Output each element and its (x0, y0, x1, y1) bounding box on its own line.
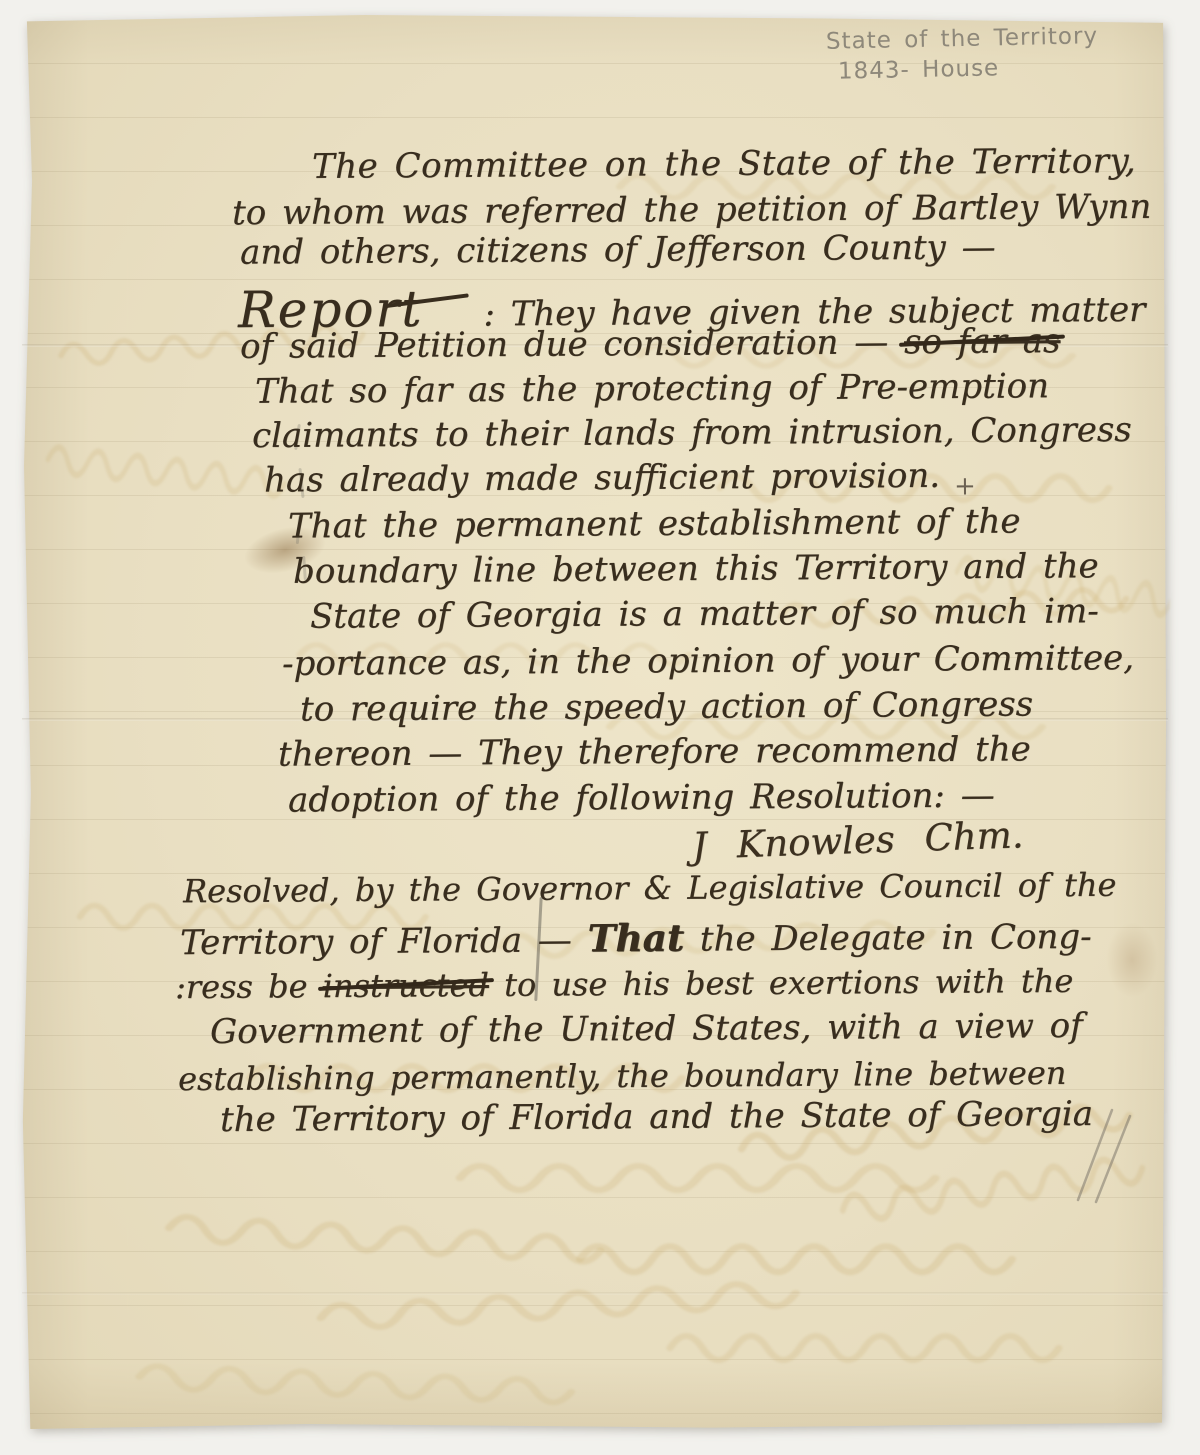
manuscript-line: That so far as the protecting of Pre-emp… (255, 365, 1049, 413)
manuscript-line: and others, citizens of Jefferson County… (240, 226, 996, 274)
manuscript-line-instructed: :ress be instructed to use his best exer… (175, 961, 1073, 1007)
struck-text: so far as (904, 321, 1061, 362)
insertion-caret-mark: + (954, 472, 976, 502)
struck-text: instructed (322, 966, 488, 1005)
line-text: of said Petition due consideration — (240, 322, 904, 367)
line-text: :ress be (175, 967, 323, 1006)
manuscript-line: claimants to their lands from intrusion,… (252, 409, 1132, 458)
line-text: the Delegate in Cong- (684, 917, 1092, 960)
manuscript-line: thereon — They therefore recommend the (278, 728, 1031, 776)
manuscript-line-that: Territory of Florida — That the Delegate… (180, 912, 1092, 965)
emphasized-that: That (587, 916, 684, 961)
manuscript-line: -portance as, in the opinion of your Com… (282, 637, 1134, 685)
manuscript-line: adoption of the following Resolution: — (288, 775, 995, 822)
manuscript-line: boundary line between this Territory and… (293, 545, 1099, 593)
manuscript-line-committee: The Committee on the State of the Territ… (312, 140, 1136, 188)
manuscript-line: to whom was referred the petition of Bar… (232, 186, 1152, 235)
manuscript-line-provision: has already made sufficient provision.+ (264, 455, 976, 508)
scanned-manuscript: State of the Territory 1843- House The C… (0, 0, 1200, 1455)
manuscript-line: State of Georgia is a matter of so much … (310, 590, 1099, 638)
manuscript-line: the Territory of Florida and the State o… (220, 1093, 1093, 1142)
pencil-annotation-line2: 1843- House (838, 55, 1000, 86)
manuscript-line-strike: of said Petition due consideration — so … (240, 320, 1061, 368)
pencil-annotation-line1: State of the Territory (826, 23, 1099, 56)
manuscript-line: to require the speedy action of Congress (300, 683, 1033, 731)
manuscript-line: establishing permanently, the boundary l… (178, 1053, 1067, 1099)
manuscript-line: Government of the United States, with a … (210, 1005, 1083, 1054)
manuscript-line-resolved: Resolved, by the Governor & Legislative … (183, 865, 1117, 912)
line-text: to use his best exertions with the (489, 962, 1074, 1004)
line-text: Territory of Florida — (180, 920, 588, 963)
line-text: has already made sufficient provision. (264, 456, 940, 501)
manuscript-line: That the permanent establishment of the (288, 500, 1021, 548)
